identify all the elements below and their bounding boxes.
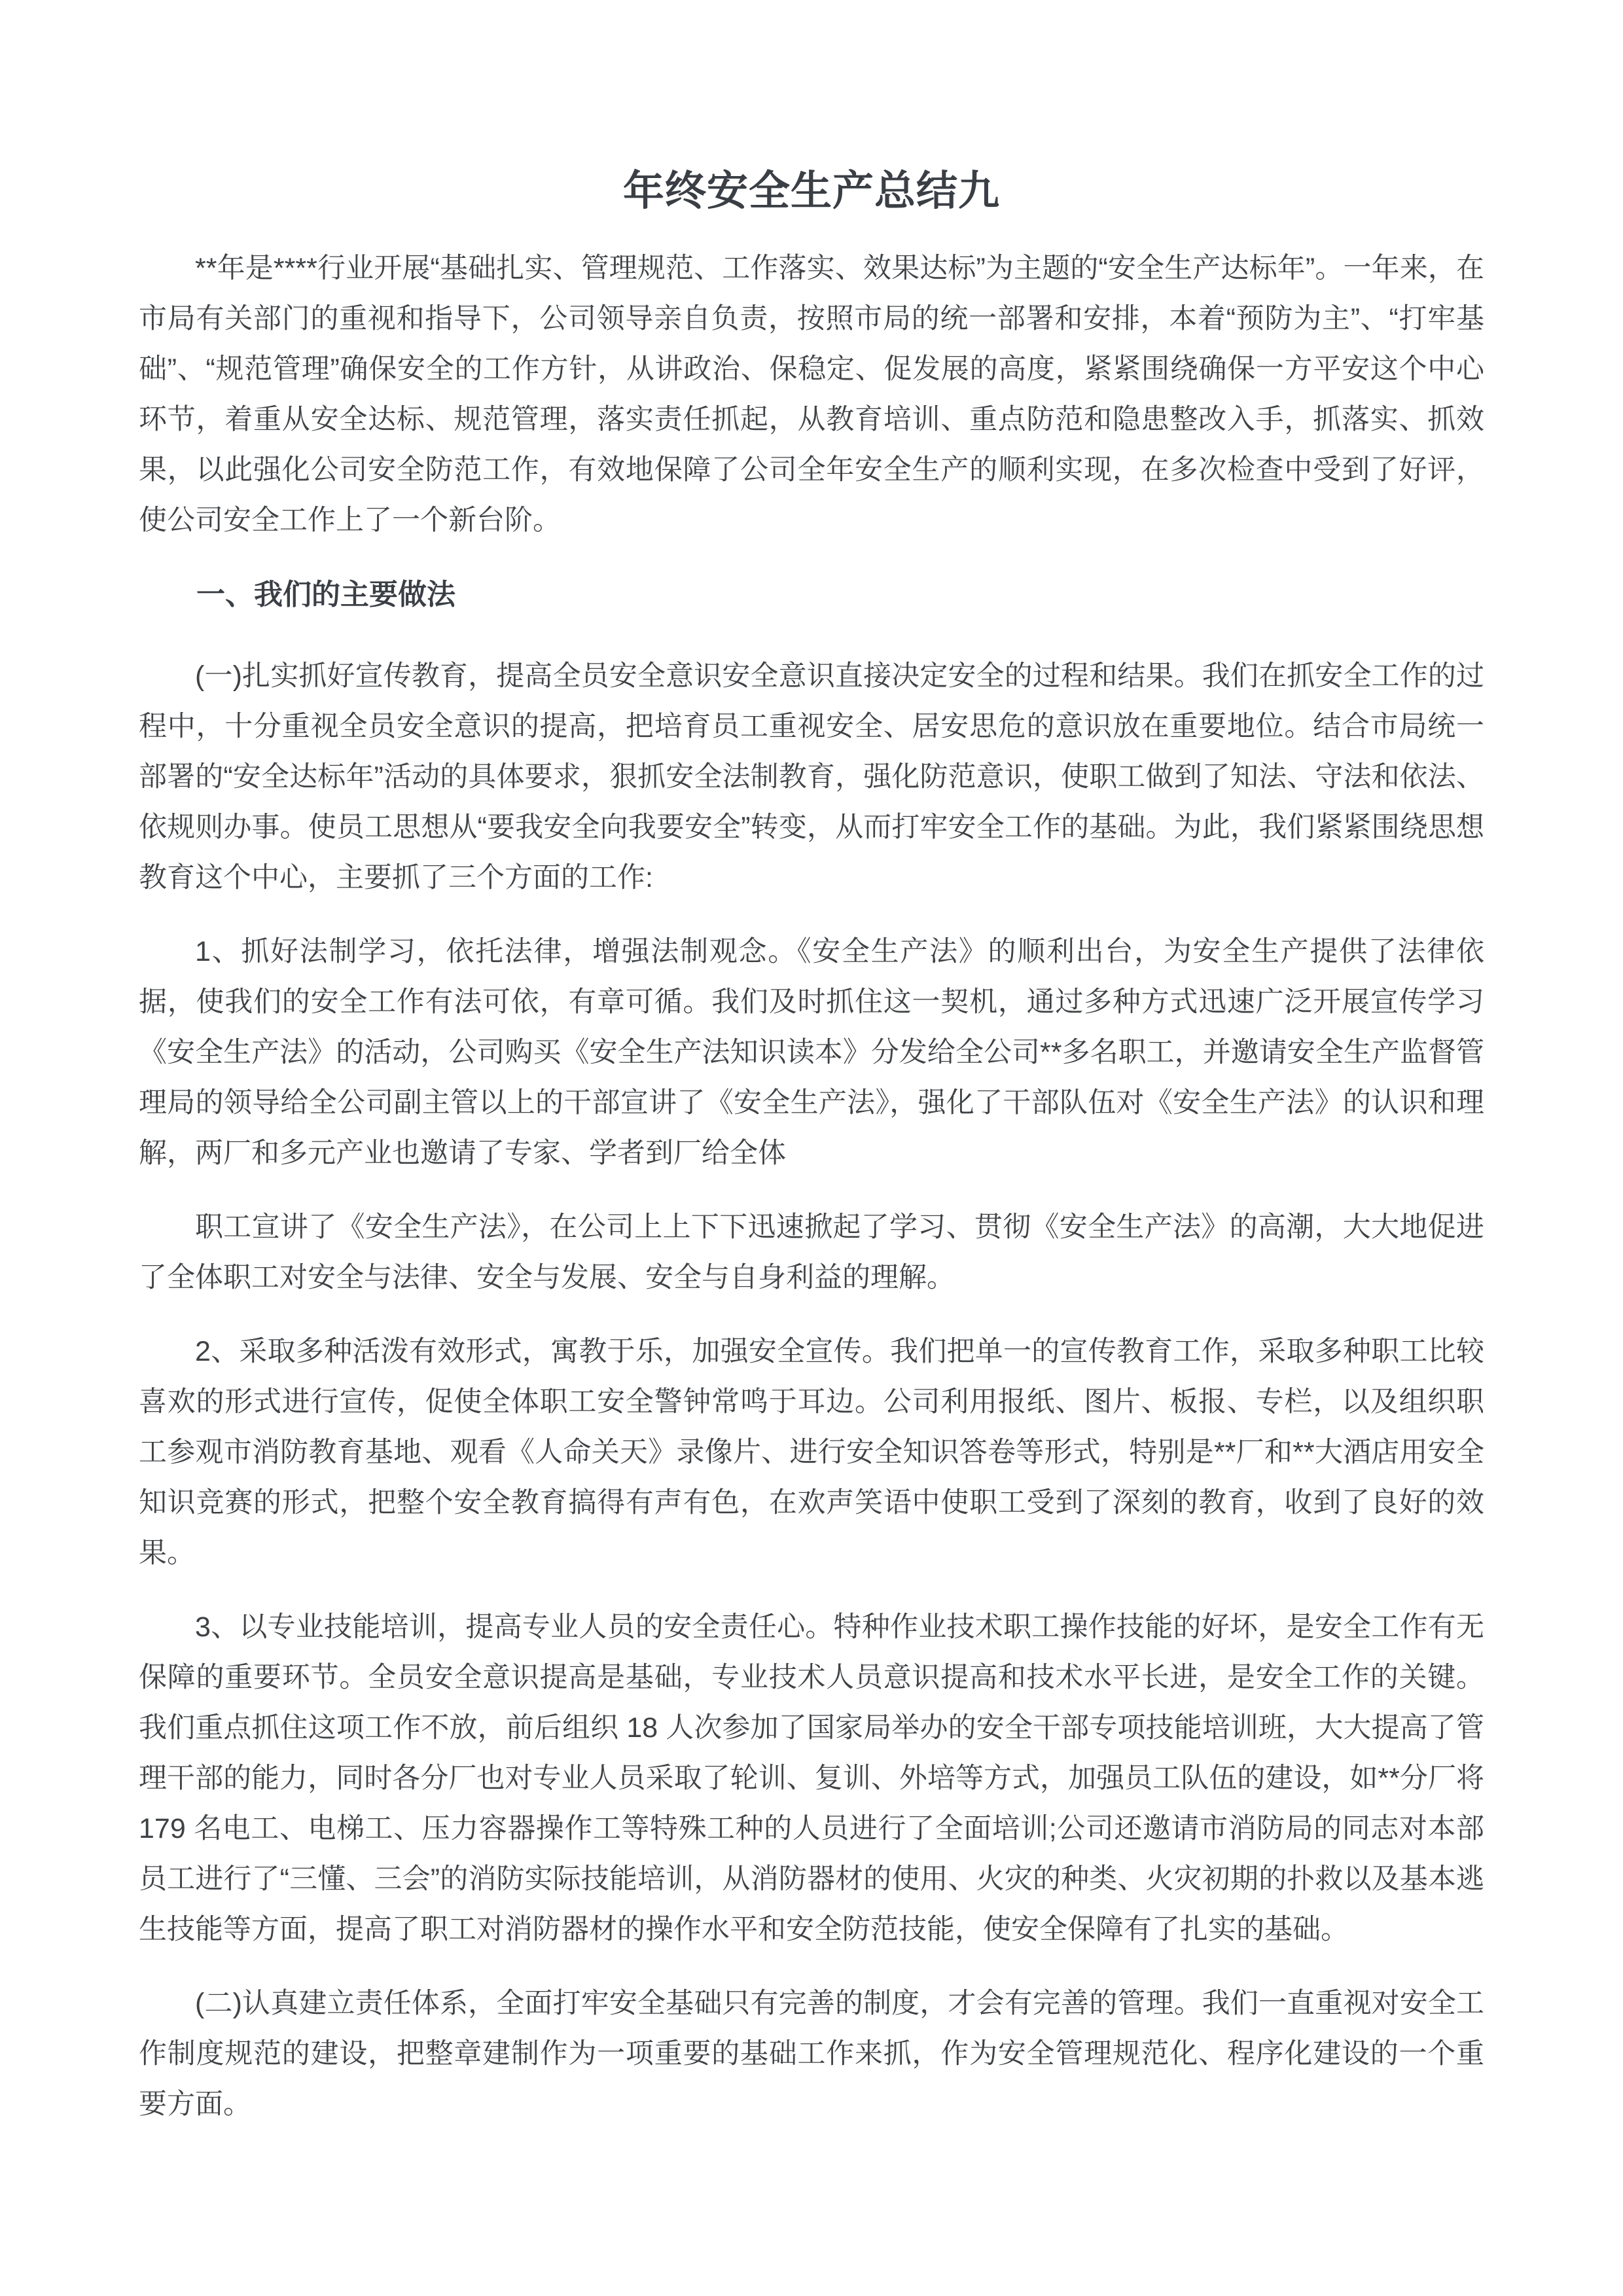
paragraph-point-3-skill-training: 3、以专业技能培训，提高专业人员的安全责任心。特种作业技术职工操作技能的好坏，是… xyxy=(139,1602,1484,1955)
paragraph-point-2-lively-forms: 2、采取多种活泼有效形式，寓教于乐，加强安全宣传。我们把单一的宣传教育工作，采取… xyxy=(139,1327,1484,1579)
document-page: 年终安全生产总结九 **年是****行业开展“基础扎实、管理规范、工作落实、效果… xyxy=(0,0,1623,2296)
paragraph-item-2-responsibility-system: (二)认真建立责任体系，全面打牢安全基础只有完善的制度，才会有完善的管理。我们一… xyxy=(139,1979,1484,2130)
paragraph-intro: **年是****行业开展“基础扎实、管理规范、工作落实、效果达标”为主题的“安全… xyxy=(139,243,1484,546)
section-heading-main-practices: 一、我们的主要做法 xyxy=(139,569,1484,620)
paragraph-item-1-publicity-education: (一)扎实抓好宣传教育，提高全员安全意识安全意识直接决定安全的过程和结果。我们在… xyxy=(139,651,1484,903)
page-title: 年终安全生产总结九 xyxy=(139,165,1484,217)
paragraph-point-1-continued: 职工宣讲了《安全生产法》，在公司上上下下迅速掀起了学习、贯彻《安全生产法》的高潮… xyxy=(139,1202,1484,1303)
paragraph-point-1-legal-study: 1、抓好法制学习，依托法律，增强法制观念。《安全生产法》的顺利出台，为安全生产提… xyxy=(139,927,1484,1179)
